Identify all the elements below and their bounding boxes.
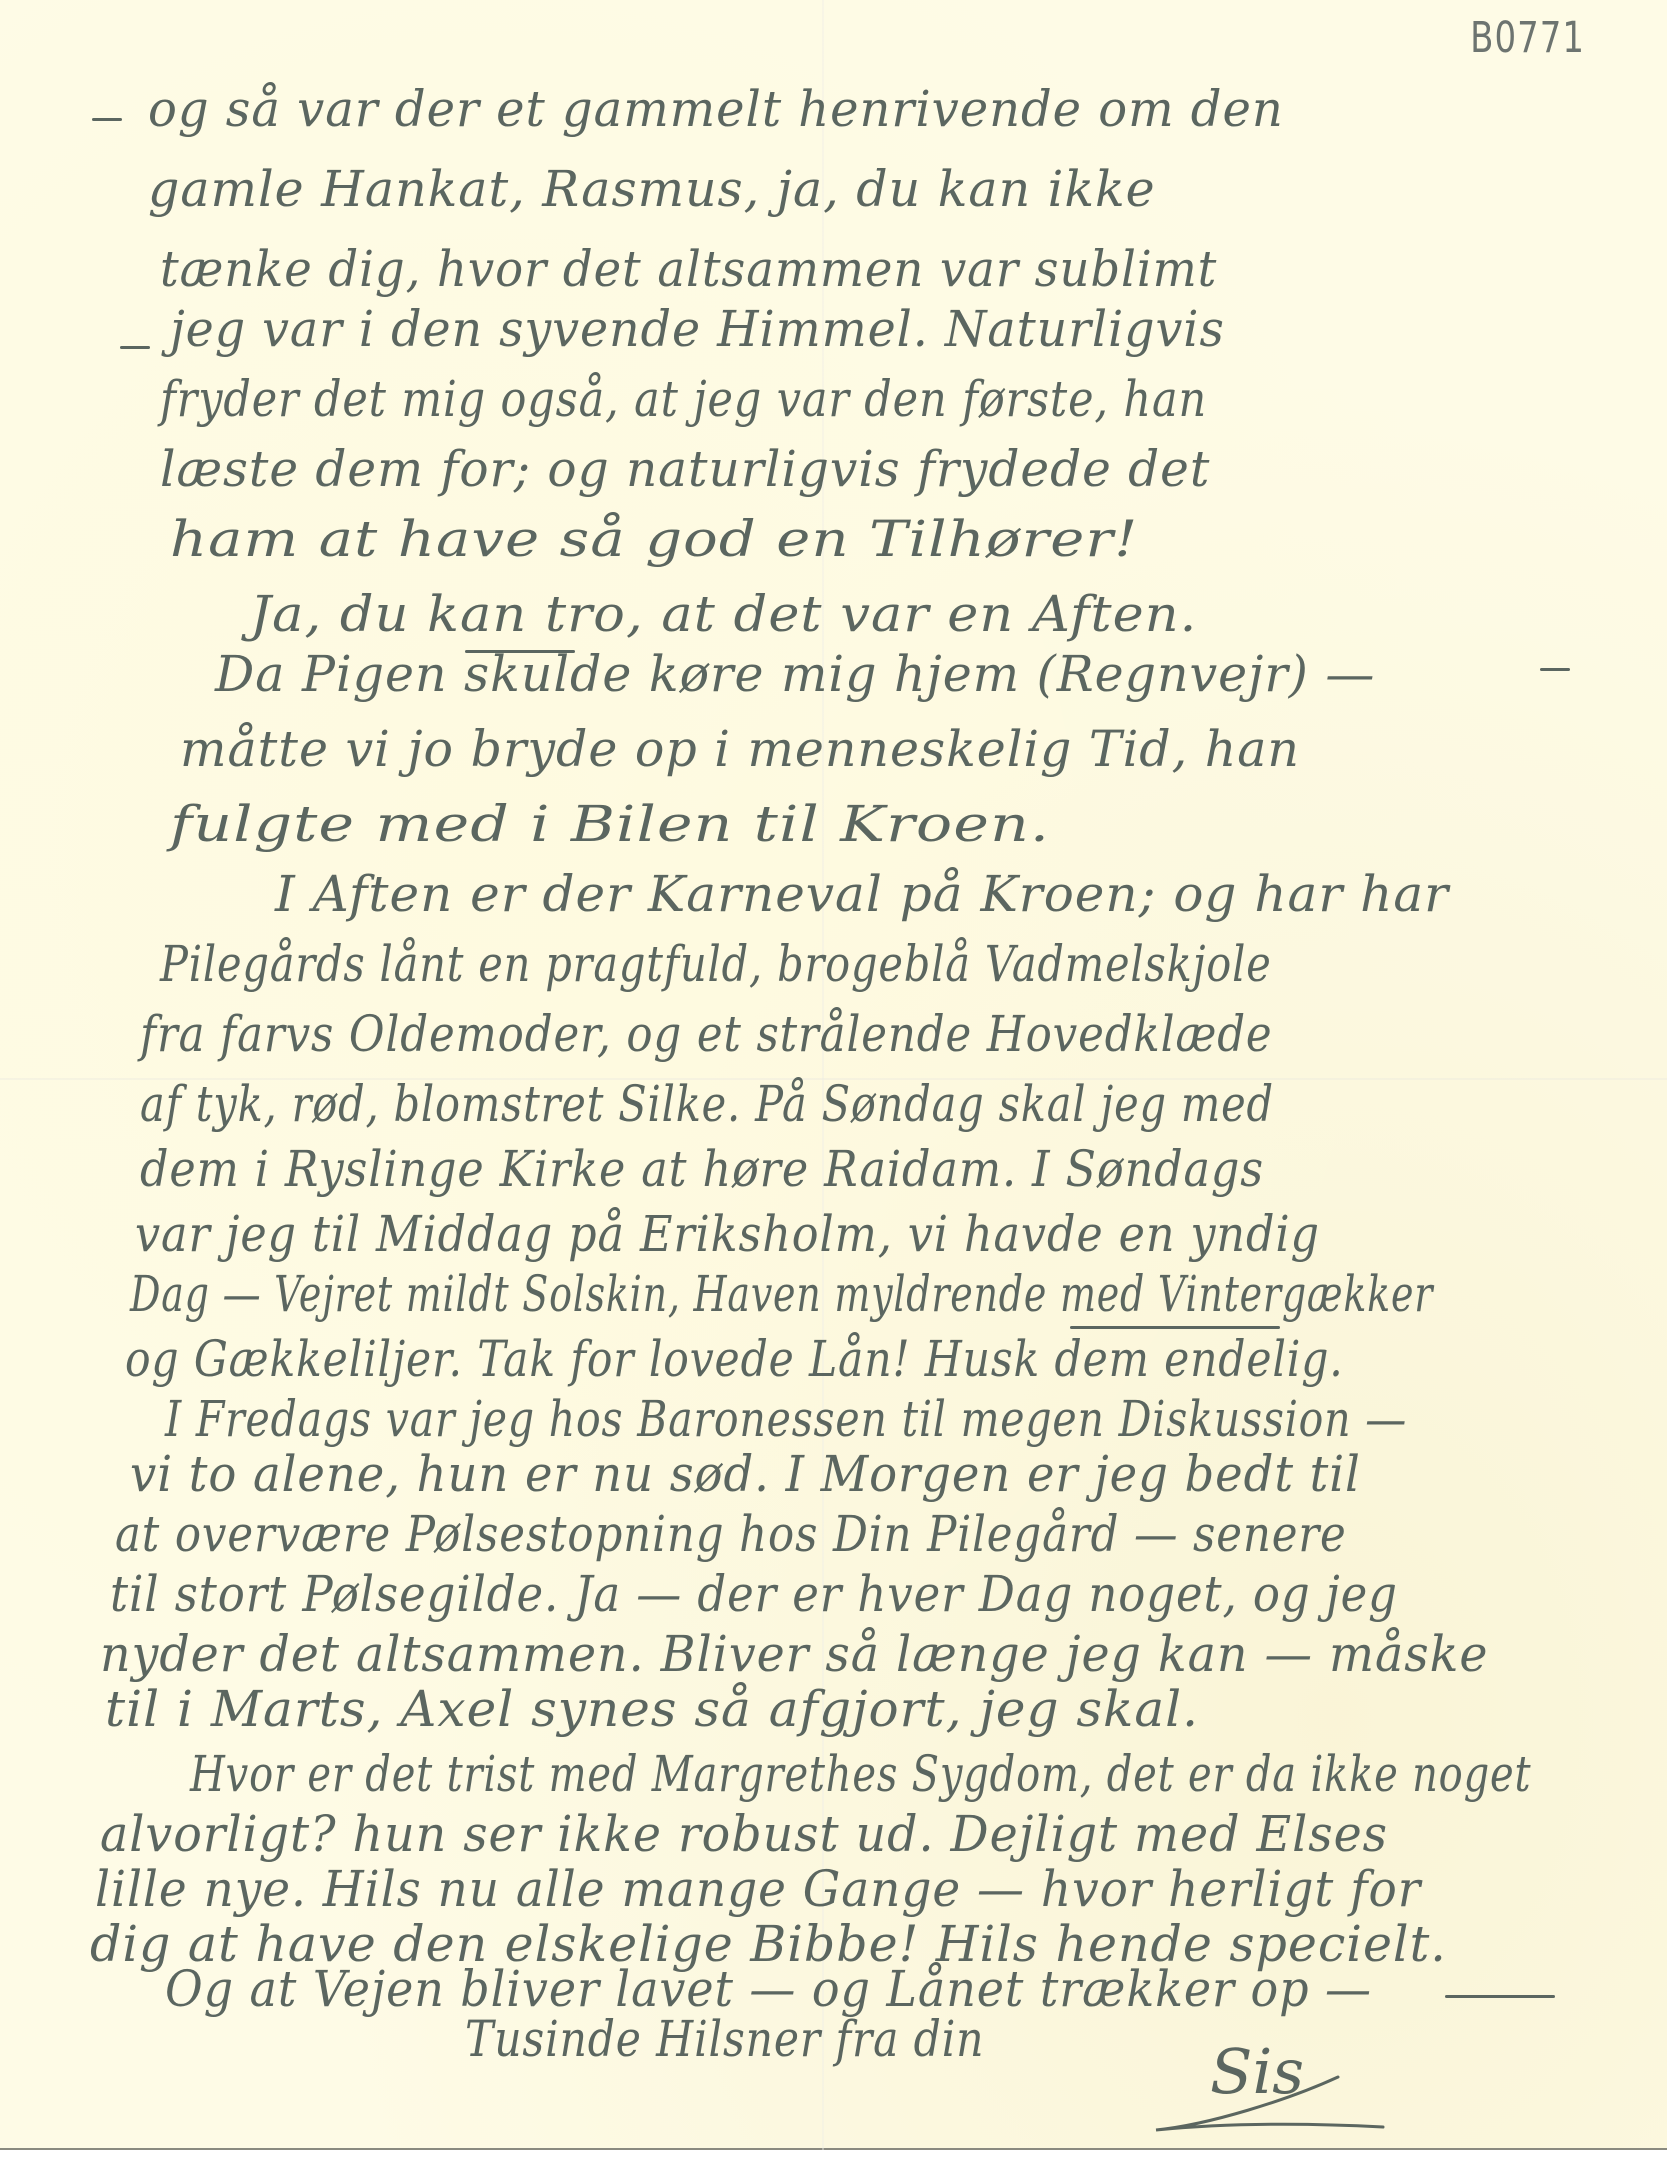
letter-line: var jeg til Middag på Eriksholm, vi havd… [135,1205,1320,1263]
letter-page: B0771 og så var der et gammelt henrivend… [0,0,1667,2150]
letter-line: af tyk, rød, blomstret Silke. På Søndag … [140,1075,1274,1133]
letter-line: vi to alene, hun er nu sød. I Morgen er … [130,1445,1361,1503]
archive-reference: B0771 [1470,13,1585,63]
letter-line: til stort Pølsegilde. Ja — der er hver D… [110,1565,1398,1623]
letter-line: gamle Hankat, Rasmus, ja, du kan ikke [148,160,1156,218]
signature-flourish-icon [1148,2075,1388,2135]
letter-line: Hvor er det trist med Margrethes Sygdom,… [190,1745,1531,1803]
line-dash [1540,668,1570,671]
letter-line: jeg var i den syvende Himmel. Naturligvi… [170,300,1225,358]
letter-line: I Aften er der Karneval på Kroen; og har… [275,865,1449,923]
letter-line: Tusinde Hilsner fra din [465,2010,984,2068]
letter-line: fra farvs Oldemoder, og et strålende Hov… [140,1005,1273,1063]
line-dash [92,118,122,121]
letter-line: læste dem for; og naturligvis frydede de… [160,440,1210,498]
letter-line: til i Marts, Axel synes så afgjort, jeg … [105,1680,1199,1738]
letter-line: og så var der et gammelt henrivende om d… [148,80,1284,138]
letter-line: fulgte med i Bilen til Kroen. [170,795,1050,853]
letter-line: tænke dig, hvor det altsammen var sublim… [160,240,1217,298]
letter-line: at overvære Pølsestopning hos Din Pilegå… [115,1505,1347,1563]
letter-line: Dag — Vejret mildt Solskin, Haven myldre… [130,1265,1433,1323]
letter-line: Ja, du kan tro, at det var en Aften. [250,585,1197,643]
line-dash [120,346,150,349]
letter-line: alvorligt? hun ser ikke robust ud. Dejli… [100,1805,1388,1863]
letter-line: lille nye. Hils nu alle mange Gange — hv… [95,1860,1421,1918]
letter-line: Da Pigen skulde køre mig hjem (Regnvejr)… [215,645,1375,703]
line-dash [1445,1995,1555,1998]
letter-line: Pilegårds lånt en pragtfuld, brogeblå Va… [160,935,1272,993]
letter-line: og Gækkeliljer. Tak for lovede Lån! Husk… [125,1330,1344,1388]
letter-line: nyder det altsammen. Bliver så længe jeg… [100,1625,1488,1683]
letter-line: I Fredags var jeg hos Baronessen til meg… [165,1390,1407,1448]
letter-line: ham at have så god en Tilhører! [170,510,1138,568]
letter-line: fryder det mig også, at jeg var den førs… [160,370,1207,428]
letter-line: dem i Ryslinge Kirke at høre Raidam. I S… [140,1140,1264,1198]
underline-myldrende [1070,1326,1280,1329]
letter-line: måtte vi jo bryde op i menneskelig Tid, … [180,720,1300,778]
